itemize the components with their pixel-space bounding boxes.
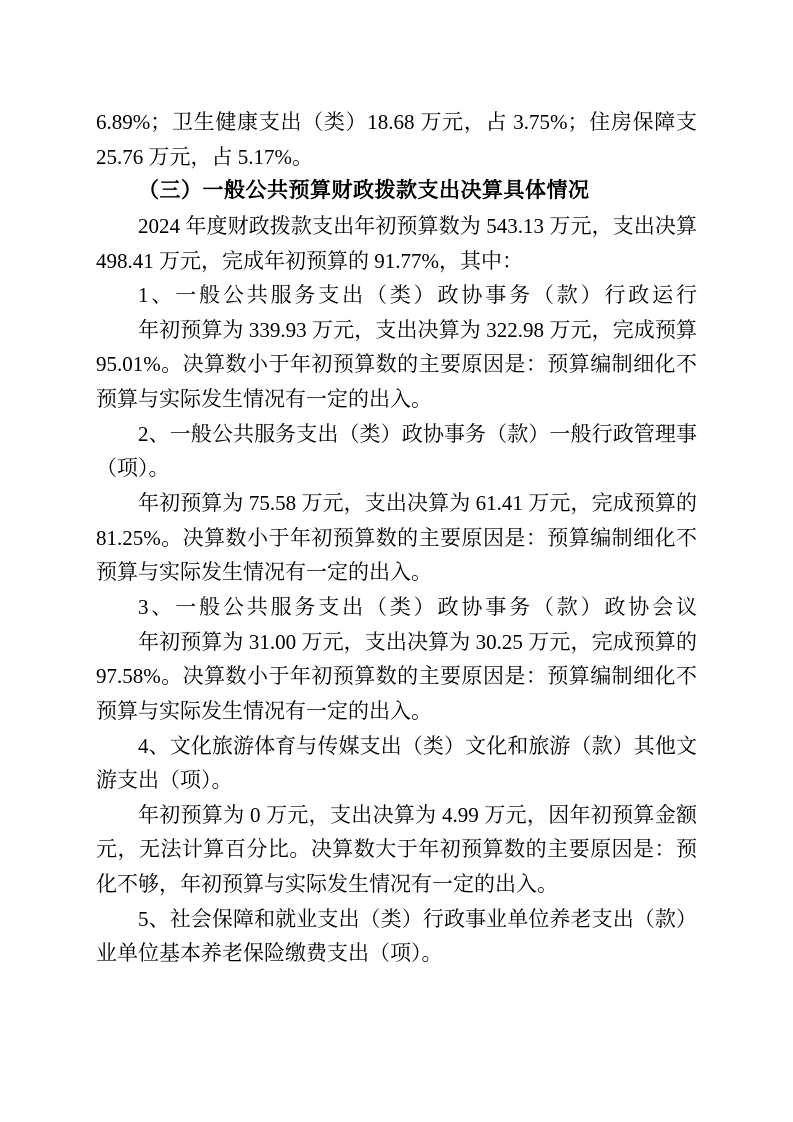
- text-line: 化不够，年初预算与实际发生情况有一定的出入。: [96, 867, 697, 902]
- section-heading: （三）一般公共预算财政拨款支出决算具体情况: [96, 174, 697, 209]
- text-line: 2、一般公共服务支出（类）政协事务（款）一般行政管理事务: [96, 417, 697, 452]
- text-line: 97.58%。决算数小于年初预算数的主要原因是：预算编制细化不够，年初: [96, 659, 697, 694]
- text-line: 6.89%；卫生健康支出（类）18.68 万元，占 3.75%；住房保障支出（类…: [96, 105, 697, 140]
- paragraph: 3、一般公共服务支出（类）政协事务（款）政协会议（项）。: [96, 590, 697, 625]
- text-line: 预算与实际发生情况有一定的出入。: [96, 694, 697, 729]
- paragraph: 年初预算为 75.58 万元，支出决算为 61.41 万元，完成预算的81.25…: [96, 486, 697, 590]
- document-body: 6.89%；卫生健康支出（类）18.68 万元，占 3.75%；住房保障支出（类…: [96, 105, 697, 971]
- text-line: 3、一般公共服务支出（类）政协事务（款）政协会议（项）。: [96, 590, 697, 625]
- text-line: 498.41 万元，完成年初预算的 91.77%，其中：: [96, 244, 697, 279]
- paragraph: 2024 年度财政拨款支出年初预算数为 543.13 万元，支出决算数为498.…: [96, 209, 697, 278]
- text-line: 游支出（项）。: [96, 763, 697, 798]
- paragraph: 1、一般公共服务支出（类）政协事务（款）行政运行（项）。: [96, 278, 697, 313]
- text-line: 预算与实际发生情况有一定的出入。: [96, 555, 697, 590]
- text-line: （项）。: [96, 451, 697, 486]
- heading-line: （三）一般公共预算财政拨款支出决算具体情况: [96, 174, 697, 209]
- text-line: 81.25%。决算数小于年初预算数的主要原因是：预算编制细化不够，年初: [96, 521, 697, 556]
- text-line: 预算与实际发生情况有一定的出入。: [96, 382, 697, 417]
- text-line: 4、文化旅游体育与传媒支出（类）文化和旅游（款）其他文化和旅: [96, 729, 697, 764]
- paragraph: 2、一般公共服务支出（类）政协事务（款）一般行政管理事务（项）。: [96, 417, 697, 486]
- text-line: 年初预算为 339.93 万元，支出决算为 322.98 万元，完成预算的: [96, 313, 697, 348]
- text-line: 业单位基本养老保险缴费支出（项）。: [96, 936, 697, 971]
- document-page: 6.89%；卫生健康支出（类）18.68 万元，占 3.75%；住房保障支出（类…: [0, 0, 793, 1122]
- text-line: 年初预算为 0 万元，支出决算为 4.99 万元，因年初预算金额为 0 万: [96, 798, 697, 833]
- paragraph: 5、社会保障和就业支出（类）行政事业单位养老支出（款）机关事业单位基本养老保险缴…: [96, 902, 697, 971]
- text-line: 2024 年度财政拨款支出年初预算数为 543.13 万元，支出决算数为: [96, 209, 697, 244]
- paragraph: 年初预算为 339.93 万元，支出决算为 322.98 万元，完成预算的95.…: [96, 313, 697, 417]
- paragraph: 年初预算为 0 万元，支出决算为 4.99 万元，因年初预算金额为 0 万元，无…: [96, 798, 697, 902]
- text-line: 5、社会保障和就业支出（类）行政事业单位养老支出（款）机关事: [96, 902, 697, 937]
- text-line: 25.76 万元，占 5.17%。: [96, 140, 697, 175]
- text-line: 年初预算为 75.58 万元，支出决算为 61.41 万元，完成预算的: [96, 486, 697, 521]
- paragraph: 6.89%；卫生健康支出（类）18.68 万元，占 3.75%；住房保障支出（类…: [96, 105, 697, 174]
- text-line: 元，无法计算百分比。决算数大于年初预算数的主要原因是：预算编制细: [96, 832, 697, 867]
- paragraph: 4、文化旅游体育与传媒支出（类）文化和旅游（款）其他文化和旅游支出（项）。: [96, 729, 697, 798]
- text-line: 年初预算为 31.00 万元，支出决算为 30.25 万元，完成预算的: [96, 625, 697, 660]
- text-line: 1、一般公共服务支出（类）政协事务（款）行政运行（项）。: [96, 278, 697, 313]
- paragraph: 年初预算为 31.00 万元，支出决算为 30.25 万元，完成预算的97.58…: [96, 625, 697, 729]
- text-line: 95.01%。决算数小于年初预算数的主要原因是：预算编制细化不够，年初: [96, 347, 697, 382]
